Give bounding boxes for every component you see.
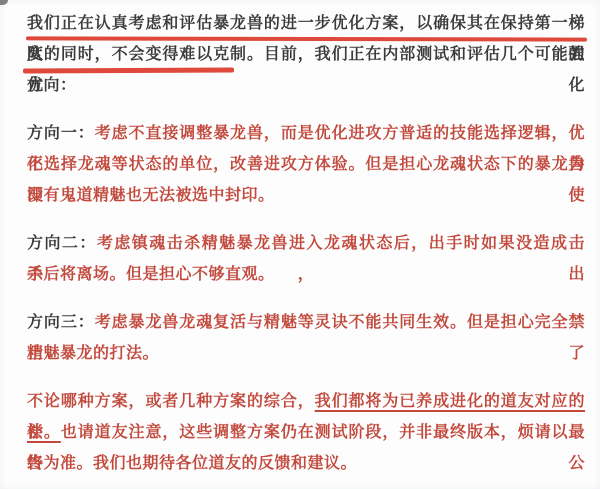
direction-3-label: 方向三： (27, 314, 95, 331)
direction-2-paragraph: 方向二：考虑镇魂击杀精魅暴龙兽进入龙魂状态后，出手时如果没造成击杀，出 手后将离… (27, 228, 585, 290)
direction-1-line-2: 不选择龙魂等状态的单位，改善进攻方体验。但是担心龙魂状态下的暴龙兽即使 (27, 149, 585, 180)
direction-2-label: 方向二： (27, 235, 97, 252)
direction-1-label: 方向一： (27, 125, 95, 142)
direction-3-line-1: 方向三：考虑暴龙兽龙魂复活与精魅等灵诀不能共同生效。但是担心完全禁止了 (27, 307, 585, 338)
compensation-underlined-text-2: 偿。 (27, 424, 61, 441)
announcement-page: 我们正在认真考虑和评估暴龙兽的进一步优化方案，以确保其在保持第一梯队强 度的同时… (0, 0, 600, 489)
direction-1-line-1: 方向一：考虑不直接调整暴龙兽，而是优化进攻方普适的技能选择逻辑，优化为 (27, 118, 585, 149)
red-marker-underline-2 (23, 68, 234, 73)
closing-line-1-plain: 不论哪种方案，或者几种方案的综合， (27, 393, 315, 410)
closing-line-2: 偿。也请道友注意，这些调整方案仍在测试阶段，并非最终版本，烦请以最终公 (27, 417, 585, 448)
direction-3-paragraph: 方向三：考虑暴龙兽龙魂复活与精魅等灵诀不能共同生效。但是担心完全禁止了 精魅暴龙… (27, 307, 585, 369)
closing-line-1: 不论哪种方案，或者几种方案的综合，我们都将为已养成进化的道友对应的补 (27, 386, 585, 417)
intro-paragraph: 我们正在认真考虑和评估暴龙兽的进一步优化方案，以确保其在保持第一梯队强 度的同时… (27, 8, 585, 101)
intro-line-1: 我们正在认真考虑和评估暴龙兽的进一步优化方案，以确保其在保持第一梯队强 (27, 8, 585, 39)
closing-paragraph: 不论哪种方案，或者几种方案的综合，我们都将为已养成进化的道友对应的补 偿。也请道… (27, 386, 585, 479)
intro-line-2: 度的同时，不会变得难以克制。目前，我们正在内部测试和评估几个可能的优化 (27, 39, 585, 70)
direction-1-paragraph: 方向一：考虑不直接调整暴龙兽，而是优化进攻方普适的技能选择逻辑，优化为 不选择龙… (27, 118, 585, 211)
screenshot-corner-artifact (0, 0, 8, 5)
direction-2-line-1: 方向二：考虑镇魂击杀精魅暴龙兽进入龙魂状态后，出手时如果没造成击杀，出 (27, 228, 585, 259)
